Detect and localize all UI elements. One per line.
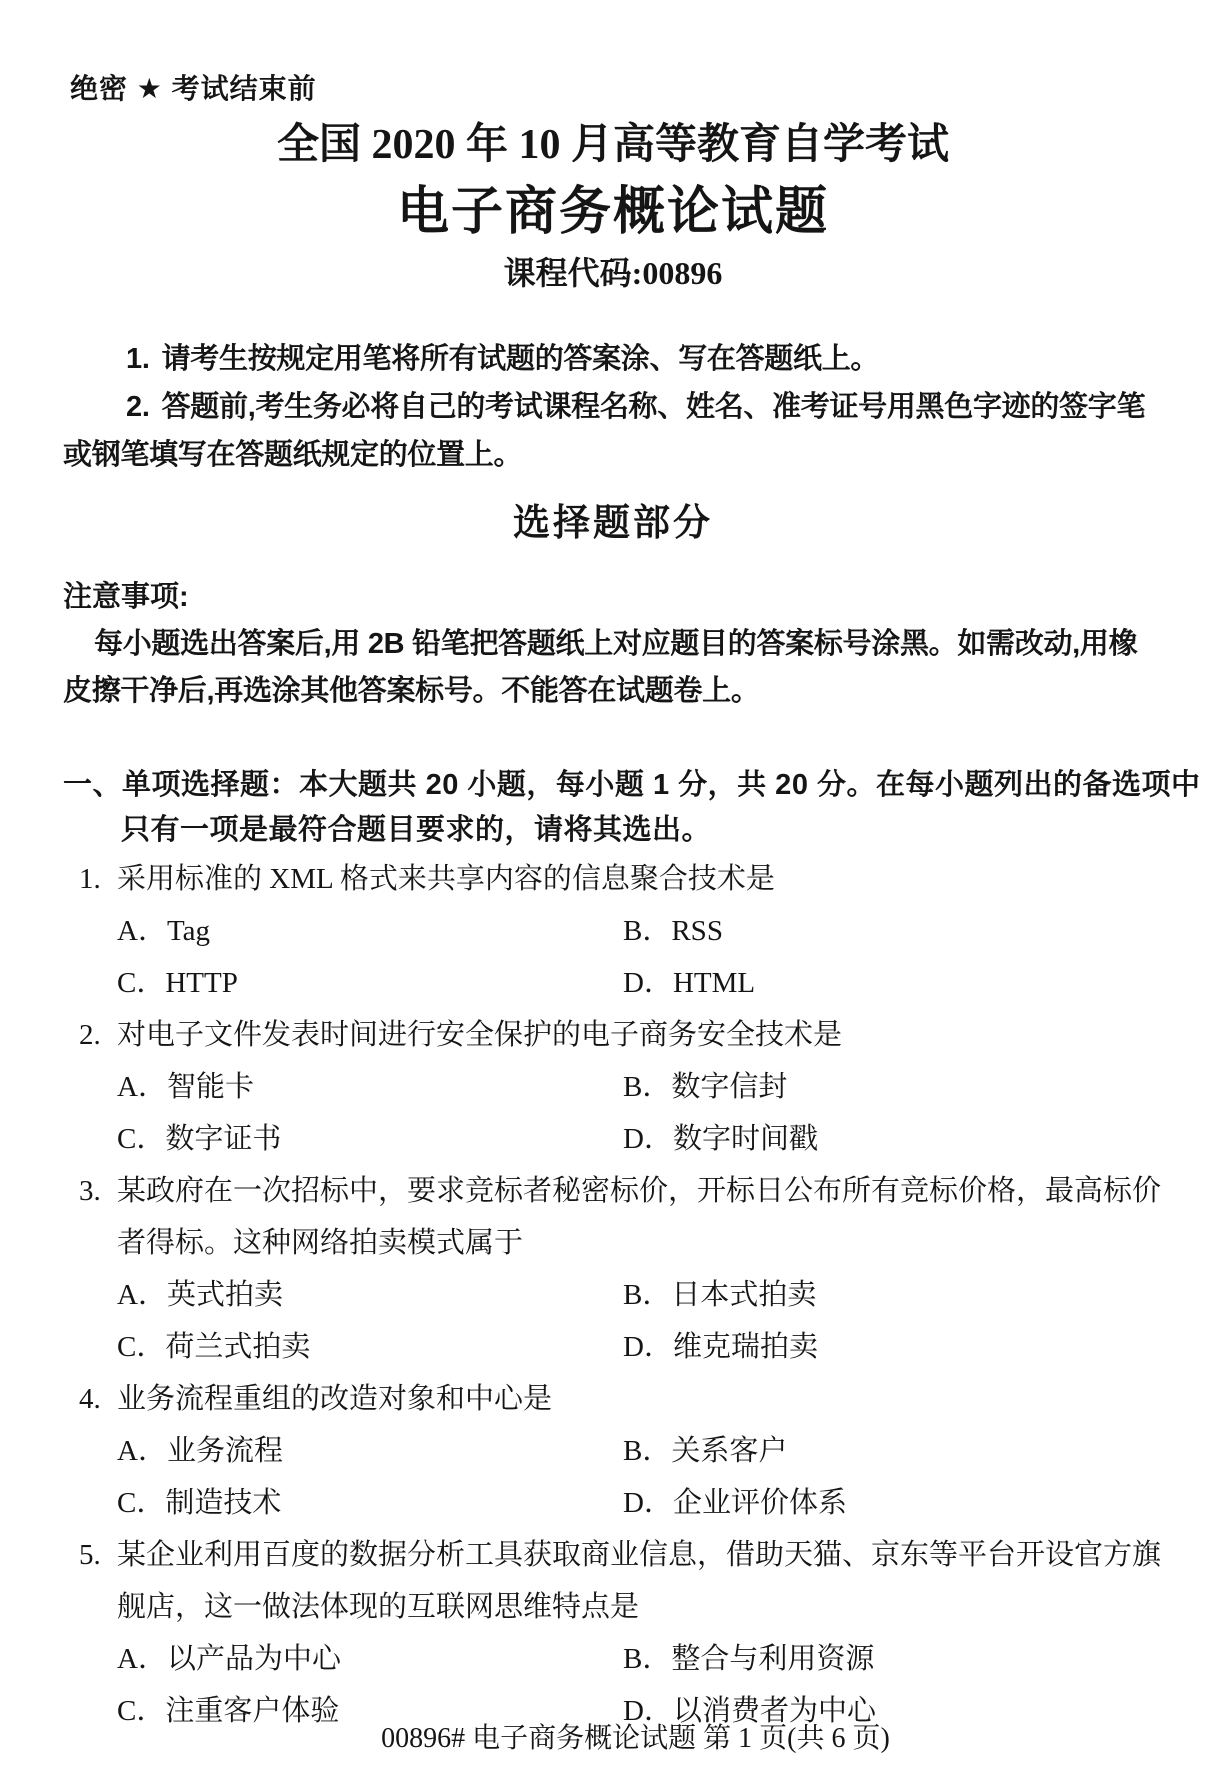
question-2-option-c: C．数字证书 (117, 1113, 623, 1165)
part-one-number: 一、 (63, 769, 122, 801)
option-a-label: A． (117, 1269, 167, 1321)
question-1-option-a: A．Tag (117, 905, 623, 957)
question-1-option-b: B．RSS (623, 905, 723, 957)
option-a-text: Tag (167, 915, 210, 947)
option-d-label: D． (623, 1321, 673, 1373)
question-1-option-d: D．HTML (623, 957, 755, 1009)
question-2-options-ab: A．智能卡B．数字信封 (117, 1061, 1163, 1113)
exam-session-title: 全国 2020 年 10 月高等教育自学考试 (63, 121, 1163, 169)
question-3-option-d: D．维克瑞拍卖 (623, 1321, 818, 1373)
question-4-option-d: D．企业评价体系 (623, 1477, 847, 1529)
section-title: 选择题部分 (63, 500, 1163, 546)
option-d-text: 企业评价体系 (673, 1487, 847, 1519)
question-2-text: 对电子文件发表时间进行安全保护的电子商务安全技术是 (117, 1019, 842, 1051)
option-c-text: 制造技术 (165, 1487, 281, 1519)
question-5-options-ab: A．以产品为中心B．整合与利用资源 (117, 1633, 1163, 1685)
question-4-options-cd: C．制造技术D．企业评价体系 (117, 1477, 1163, 1529)
question-2-number: 2. (79, 1009, 117, 1061)
paper-title: 电子商务概论试题 (63, 182, 1163, 244)
question-list: 1.采用标准的 XML 格式来共享内容的信息聚合技术是 A．TagB．RSS C… (63, 853, 1163, 1737)
option-d-text: 维克瑞拍卖 (673, 1331, 818, 1363)
question-4-option-a: A．业务流程 (117, 1425, 623, 1477)
question-4-text: 业务流程重组的改造对象和中心是 (117, 1383, 552, 1415)
option-a-text: 以产品为中心 (167, 1643, 341, 1675)
instruction-2-text: 答题前,考生务必将自己的考试课程名称、姓名、准考证号用黑色字迹的签字笔或钢笔填写… (63, 391, 1145, 471)
option-a-label: A． (117, 1061, 167, 1113)
option-b-text: 日本式拍卖 (671, 1279, 816, 1311)
option-c-label: C． (117, 957, 165, 1009)
option-d-label: D． (623, 1477, 673, 1529)
general-instructions: 1.请考生按规定用笔将所有试题的答案涂、写在答题纸上。 2.答题前,考生务必将自… (63, 335, 1163, 479)
question-4-number: 4. (79, 1373, 117, 1425)
option-d-label: D． (623, 957, 673, 1009)
option-c-text: 数字证书 (165, 1123, 281, 1155)
question-4-stem: 4.业务流程重组的改造对象和中心是 (117, 1373, 1163, 1425)
instruction-1-text: 请考生按规定用笔将所有试题的答案涂、写在答题纸上。 (162, 343, 880, 375)
option-b-label: B． (623, 1633, 671, 1685)
option-b-text: 整合与利用资源 (671, 1643, 874, 1675)
option-b-label: B． (623, 905, 671, 957)
option-b-text: 关系客户 (671, 1435, 787, 1467)
question-2-stem: 2.对电子文件发表时间进行安全保护的电子商务安全技术是 (117, 1009, 1163, 1061)
question-3-option-b: B．日本式拍卖 (623, 1269, 816, 1321)
page-footer: 00896# 电子商务概论试题 第 1 页(共 6 页) (45, 1722, 1226, 1756)
instruction-item-1: 1.请考生按规定用笔将所有试题的答案涂、写在答题纸上。 (63, 335, 1163, 383)
notes-label: 注意事项: (63, 574, 1163, 621)
option-a-label: A． (117, 905, 167, 957)
question-3-option-c: C．荷兰式拍卖 (117, 1321, 623, 1373)
option-c-label: C． (117, 1113, 165, 1165)
option-d-label: D． (623, 1113, 673, 1165)
question-2-option-d: D．数字时间戳 (623, 1113, 818, 1165)
option-d-text: 数字时间戳 (673, 1123, 818, 1155)
option-b-text: RSS (671, 915, 723, 947)
question-5-text: 某企业利用百度的数据分析工具获取商业信息，借助天猫、京东等平台开设官方旗舰店，这… (117, 1539, 1161, 1623)
question-3-option-a: A．英式拍卖 (117, 1269, 623, 1321)
exam-paper-page: 绝密 ★ 考试结束前 全国 2020 年 10 月高等教育自学考试 电子商务概论… (0, 0, 1226, 1776)
option-c-text: HTTP (165, 967, 238, 999)
part-one-heading: 一、单项选择题：本大题共 20 小题，每小题 1 分，共 20 分。在每小题列出… (63, 763, 1206, 853)
option-b-label: B． (623, 1269, 671, 1321)
option-a-label: A． (117, 1633, 167, 1685)
question-1: 1.采用标准的 XML 格式来共享内容的信息聚合技术是 A．TagB．RSS C… (63, 853, 1163, 1009)
question-2: 2.对电子文件发表时间进行安全保护的电子商务安全技术是 A．智能卡B．数字信封 … (63, 1009, 1163, 1165)
question-3-number: 3. (79, 1165, 117, 1217)
option-c-text: 荷兰式拍卖 (165, 1331, 310, 1363)
question-1-options-cd: C．HTTPD．HTML (117, 957, 1163, 1009)
option-b-text: 数字信封 (671, 1071, 787, 1103)
question-1-stem: 1.采用标准的 XML 格式来共享内容的信息聚合技术是 (117, 853, 1163, 905)
question-3-options-ab: A．英式拍卖B．日本式拍卖 (117, 1269, 1163, 1321)
question-2-option-a: A．智能卡 (117, 1061, 623, 1113)
question-5-option-b: B．整合与利用资源 (623, 1633, 874, 1685)
option-a-label: A． (117, 1425, 167, 1477)
question-3: 3.某政府在一次招标中，要求竞标者秘密标价，开标日公布所有竞标价格，最高标价者得… (63, 1165, 1163, 1373)
classification-banner: 绝密 ★ 考试结束前 (70, 72, 1163, 106)
question-2-option-b: B．数字信封 (623, 1061, 787, 1113)
instruction-item-2: 2.答题前,考生务必将自己的考试课程名称、姓名、准考证号用黑色字迹的签字笔或钢笔… (63, 383, 1163, 479)
question-1-text: 采用标准的 XML 格式来共享内容的信息聚合技术是 (117, 863, 775, 895)
question-5-stem: 5.某企业利用百度的数据分析工具获取商业信息，借助天猫、京东等平台开设官方旗舰店… (117, 1529, 1163, 1633)
question-3-options-cd: C．荷兰式拍卖D．维克瑞拍卖 (117, 1321, 1163, 1373)
option-a-text: 英式拍卖 (167, 1279, 283, 1311)
question-1-options-ab: A．TagB．RSS (117, 905, 1163, 957)
question-5: 5.某企业利用百度的数据分析工具获取商业信息，借助天猫、京东等平台开设官方旗舰店… (63, 1529, 1163, 1737)
question-1-option-c: C．HTTP (117, 957, 623, 1009)
notes-text: 每小题选出答案后,用 2B 铅笔把答题纸上对应题目的答案标号涂黑。如需改动,用橡… (63, 621, 1163, 715)
question-5-number: 5. (79, 1529, 117, 1581)
question-3-stem: 3.某政府在一次招标中，要求竞标者秘密标价，开标日公布所有竞标价格，最高标价者得… (117, 1165, 1163, 1269)
question-4-option-b: B．关系客户 (623, 1425, 787, 1477)
option-a-text: 业务流程 (167, 1435, 283, 1467)
instruction-1-number: 1. (126, 343, 150, 375)
option-b-label: B． (623, 1061, 671, 1113)
question-4-options-ab: A．业务流程B．关系客户 (117, 1425, 1163, 1477)
option-b-label: B． (623, 1425, 671, 1477)
part-one-text: 单项选择题：本大题共 20 小题，每小题 1 分，共 20 分。在每小题列出的备… (121, 769, 1201, 846)
question-4-option-c: C．制造技术 (117, 1477, 623, 1529)
question-2-options-cd: C．数字证书D．数字时间戳 (117, 1113, 1163, 1165)
question-5-option-a: A．以产品为中心 (117, 1633, 623, 1685)
option-c-label: C． (117, 1477, 165, 1529)
question-3-text: 某政府在一次招标中，要求竞标者秘密标价，开标日公布所有竞标价格，最高标价者得标。… (117, 1175, 1161, 1259)
question-4: 4.业务流程重组的改造对象和中心是 A．业务流程B．关系客户 C．制造技术D．企… (63, 1373, 1163, 1529)
instruction-2-number: 2. (126, 391, 150, 423)
option-d-text: HTML (673, 967, 755, 999)
course-code: 课程代码:00896 (63, 253, 1163, 293)
option-c-label: C． (117, 1321, 165, 1373)
question-1-number: 1. (79, 853, 117, 905)
option-a-text: 智能卡 (167, 1071, 254, 1103)
